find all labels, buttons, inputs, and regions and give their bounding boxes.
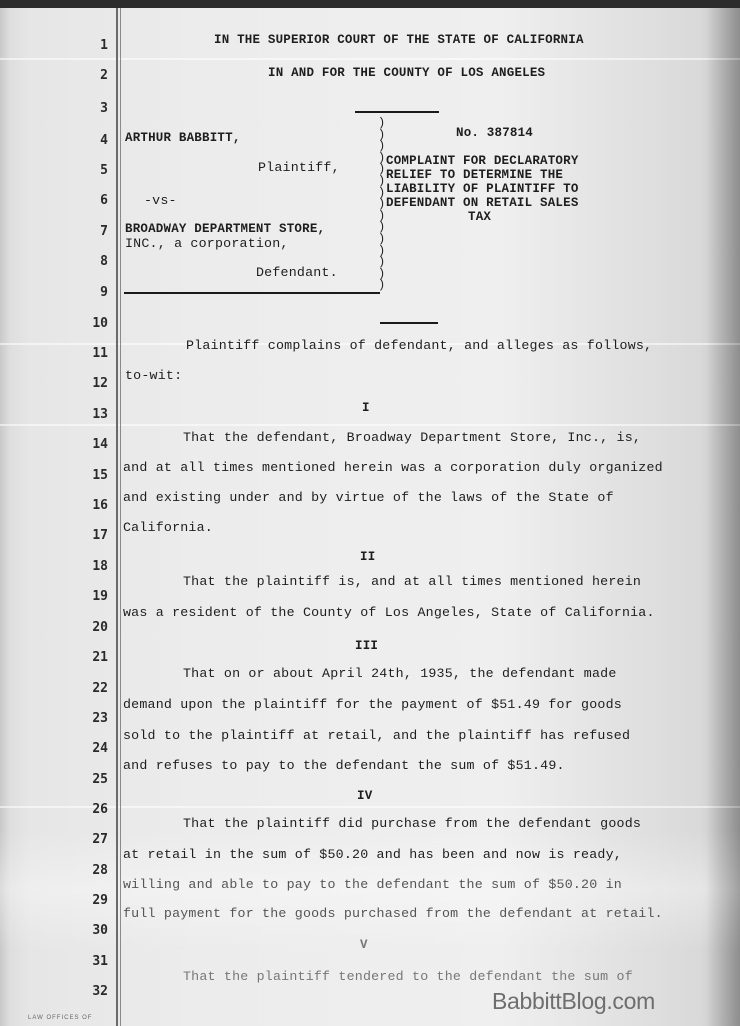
margin-rule [116, 8, 118, 1026]
defendant-label: Defendant. [256, 265, 338, 280]
intro-line-1: Plaintiff complains of defendant, and al… [186, 338, 652, 353]
fold-line [0, 424, 740, 426]
page-edge-shadow [706, 8, 740, 1026]
body-line: demand upon the plaintiff for the paymen… [123, 697, 622, 712]
defendant-name-line-1: BROADWAY DEPARTMENT STORE, [125, 222, 325, 236]
line-number: 8 [68, 254, 108, 269]
intro-line-2: to-wit: [125, 368, 182, 383]
line-number: 3 [68, 101, 108, 116]
line-number: 1 [68, 38, 108, 53]
body-line: and at all times mentioned herein was a … [123, 460, 663, 475]
margin-rule [120, 8, 121, 1026]
line-number: 27 [68, 832, 108, 847]
complaint-title-line: COMPLAINT FOR DECLARATORY [386, 154, 579, 168]
line-number: 7 [68, 224, 108, 239]
line-number: 23 [68, 711, 108, 726]
court-header-line-1: IN THE SUPERIOR COURT OF THE STATE OF CA… [214, 33, 584, 47]
complaint-title-line: DEFENDANT ON RETAIL SALES [386, 196, 579, 210]
line-number: 6 [68, 193, 108, 208]
line-number: 15 [68, 468, 108, 483]
document-page: 1234567891011121314151617181920212223242… [0, 0, 740, 1026]
line-number: 12 [68, 376, 108, 391]
line-number: 2 [68, 68, 108, 83]
line-number: 13 [68, 407, 108, 422]
line-number: 11 [68, 346, 108, 361]
caption-bottom-rule [124, 292, 380, 294]
line-number: 24 [68, 741, 108, 756]
line-number: 31 [68, 954, 108, 969]
line-number: 9 [68, 285, 108, 300]
section-numeral: I [362, 401, 370, 415]
line-number: 5 [68, 163, 108, 178]
body-line: at retail in the sum of $50.20 and has b… [123, 847, 622, 862]
line-number: 18 [68, 559, 108, 574]
plaintiff-name: ARTHUR BABBITT, [125, 131, 241, 145]
line-number: 22 [68, 681, 108, 696]
footer-text: LAW OFFICES OF [28, 1015, 92, 1021]
line-number: 30 [68, 923, 108, 938]
complaint-title-line: TAX [468, 210, 491, 224]
case-number: No. 387814 [456, 126, 533, 140]
fold-line [0, 58, 740, 60]
complaint-title-line: RELIEF TO DETERMINE THE [386, 168, 563, 182]
section-numeral: IV [357, 789, 372, 803]
body-line: That the defendant, Broadway Department … [183, 430, 641, 445]
line-number: 4 [68, 133, 108, 148]
line-number: 26 [68, 802, 108, 817]
fold-line [0, 806, 740, 808]
body-line: California. [123, 520, 213, 535]
body-line: willing and able to pay to the defendant… [123, 877, 622, 892]
versus-label: -vs- [144, 193, 177, 208]
header-rule [355, 111, 439, 113]
body-line: That the plaintiff did purchase from the… [183, 816, 641, 831]
section-rule [380, 322, 438, 324]
body-line: full payment for the goods purchased fro… [123, 906, 663, 921]
line-number: 16 [68, 498, 108, 513]
defendant-name-line-2: INC., a corporation, [125, 236, 289, 251]
watermark: BabbittBlog.com [492, 988, 655, 1015]
line-number: 17 [68, 528, 108, 543]
line-number: 21 [68, 650, 108, 665]
line-number: 25 [68, 772, 108, 787]
body-line: That the plaintiff is, and at all times … [183, 574, 641, 589]
line-number: 28 [68, 863, 108, 878]
section-numeral: III [355, 639, 378, 653]
line-number: 29 [68, 893, 108, 908]
plaintiff-label: Plaintiff, [258, 160, 340, 175]
body-line: and refuses to pay to the defendant the … [123, 758, 565, 773]
section-numeral: II [360, 550, 375, 564]
line-number: 14 [68, 437, 108, 452]
body-line: sold to the plaintiff at retail, and the… [123, 728, 630, 743]
line-number: 19 [68, 589, 108, 604]
line-number: 20 [68, 620, 108, 635]
complaint-title-line: LIABILITY OF PLAINTIFF TO [386, 182, 579, 196]
body-line: and existing under and by virtue of the … [123, 490, 614, 505]
line-number: 32 [68, 984, 108, 999]
body-line: That on or about April 24th, 1935, the d… [183, 666, 617, 681]
body-line: was a resident of the County of Los Ange… [123, 605, 655, 620]
line-number: 10 [68, 316, 108, 331]
body-line: That the plaintiff tendered to the defen… [183, 969, 633, 984]
court-header-line-2: IN AND FOR THE COUNTY OF LOS ANGELES [268, 66, 545, 80]
section-numeral: V [360, 938, 368, 952]
